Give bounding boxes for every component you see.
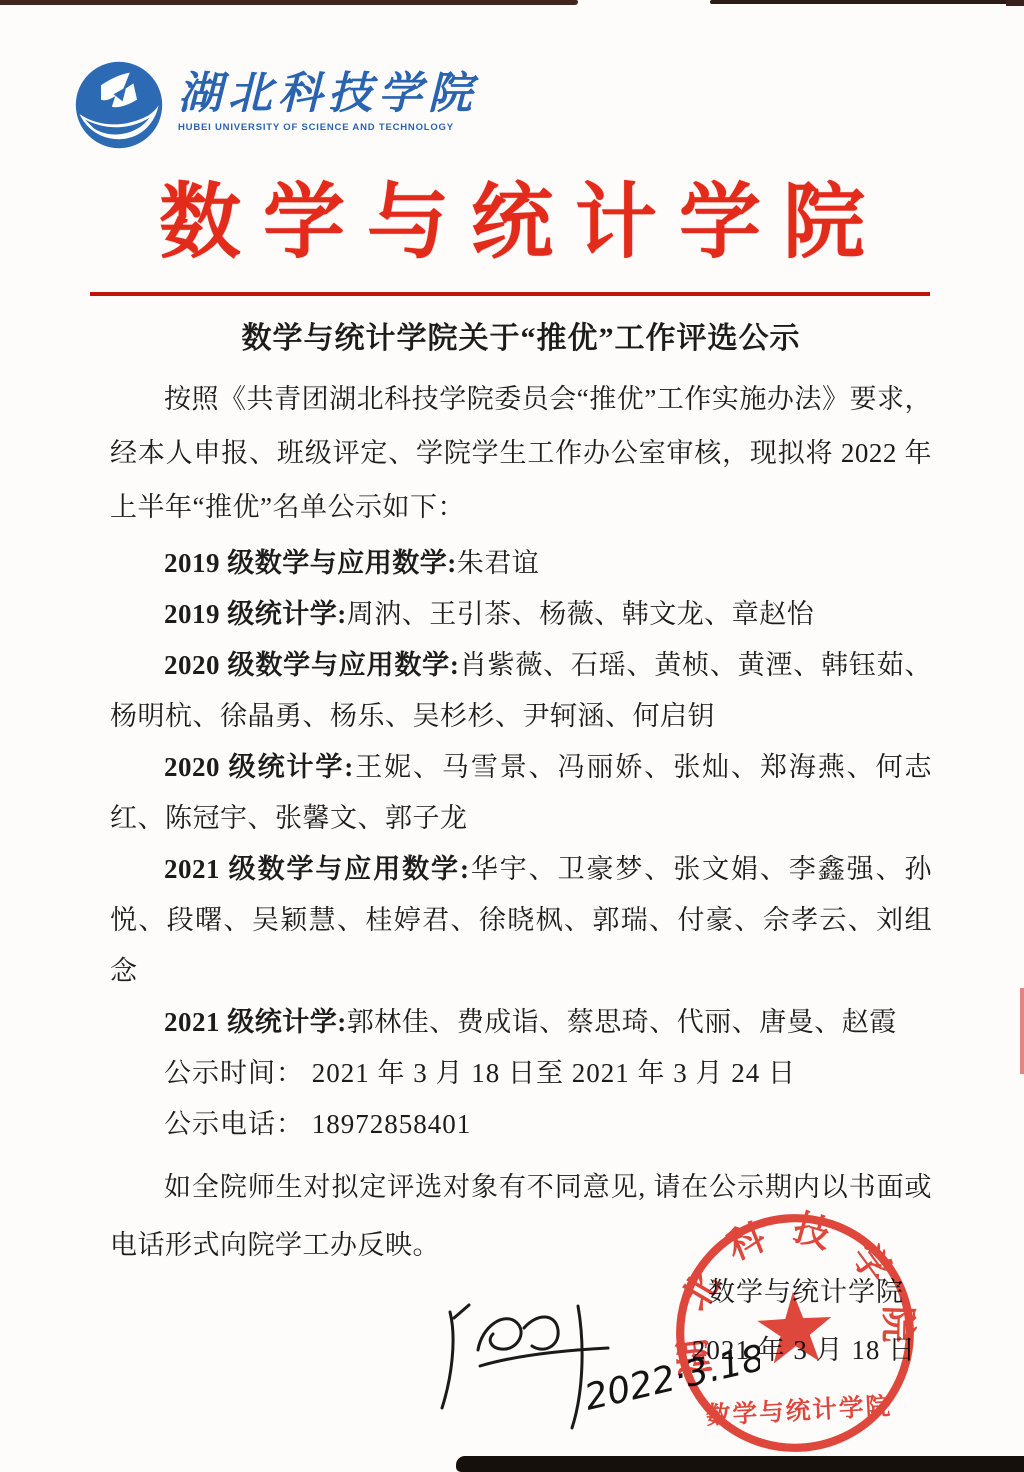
university-logo: 湖北科技学院 HUBEI UNIVERSITY OF SCIENCE AND T… [74,60,478,150]
notice-body: 数学与统计学院关于“推优”工作评选公示 按照《共青团湖北科技学院委员会“推优”工… [110,318,932,1274]
roster-item: 2020 级数学与应用数学:肖紫薇、石瑶、黄桢、黄湮、韩钰茹、杨明杭、徐晶勇、杨… [110,640,932,742]
roster-item: 2021 级数学与应用数学:华宇、卫豪梦、张文娟、李鑫强、孙悦、段曙、吴颖慧、桂… [110,844,932,997]
scan-edge-top-mid [710,0,1010,4]
roster-label: 2021 级统计学: [164,1007,347,1037]
roster-item: 2021 级统计学:郭林佳、费成诣、蔡思琦、代丽、唐曼、赵霞 [110,997,932,1048]
roster-item: 2020 级统计学:王妮、马雪景、冯丽娇、张灿、郑海燕、何志红、陈冠宇、张馨文、… [110,742,932,844]
scanned-notice-page: { "document": { "header": { "logo_zh": "… [0,0,1024,1472]
scan-edge-red-mark [1020,988,1024,1074]
intro-paragraph: 按照《共青团湖北科技学院委员会“推优”工作实施办法》要求，经本人申报、班级评定、… [110,372,932,534]
university-name-en: HUBEI UNIVERSITY OF SCIENCE AND TECHNOLO… [178,122,478,133]
official-stamp: 湖北科技学院 数学与统计学院 [666,1204,925,1463]
publicity-time: 公示时间： 2021 年 3 月 18 日至 2021 年 3 月 24 日 [110,1048,932,1099]
stamp-star-icon [756,1290,834,1364]
masthead-college-name: 数学与统计学院 [0,168,1024,278]
roster-names: 朱君谊 [457,548,540,578]
roster-list: 2019 级数学与应用数学:朱君谊 2019 级统计学:周汭、王引茶、杨薇、韩文… [110,538,932,1048]
university-emblem-icon [74,60,164,150]
roster-label: 2020 级统计学: [164,752,354,782]
roster-label: 2019 级数学与应用数学: [164,548,457,578]
university-name-zh: 湖北科技学院 [178,70,478,118]
roster-names: 郭林佳、费成诣、蔡思琦、代丽、唐曼、赵霞 [347,1007,897,1037]
roster-label: 2020 级数学与应用数学: [164,650,459,680]
masthead-rule [90,292,930,296]
svg-text:湖北科技学院: 湖北科技学院 [666,1204,922,1379]
roster-names: 周汭、王引茶、杨薇、韩文龙、章赵怡 [347,599,815,629]
roster-label: 2021 级数学与应用数学: [164,854,469,884]
roster-item: 2019 级统计学:周汭、王引茶、杨薇、韩文龙、章赵怡 [110,589,932,640]
roster-item: 2019 级数学与应用数学:朱君谊 [110,538,932,589]
notice-title: 数学与统计学院关于“推优”工作评选公示 [110,318,932,360]
university-logo-text: 湖北科技学院 HUBEI UNIVERSITY OF SCIENCE AND T… [178,60,478,133]
publicity-phone: 公示电话： 18972858401 [110,1099,932,1150]
roster-label: 2019 级统计学: [164,599,347,629]
scan-edge-top-left [0,0,578,5]
stamp-ring-text: 湖北科技学院 [666,1204,922,1379]
scan-edge-top-right [1006,0,1024,6]
